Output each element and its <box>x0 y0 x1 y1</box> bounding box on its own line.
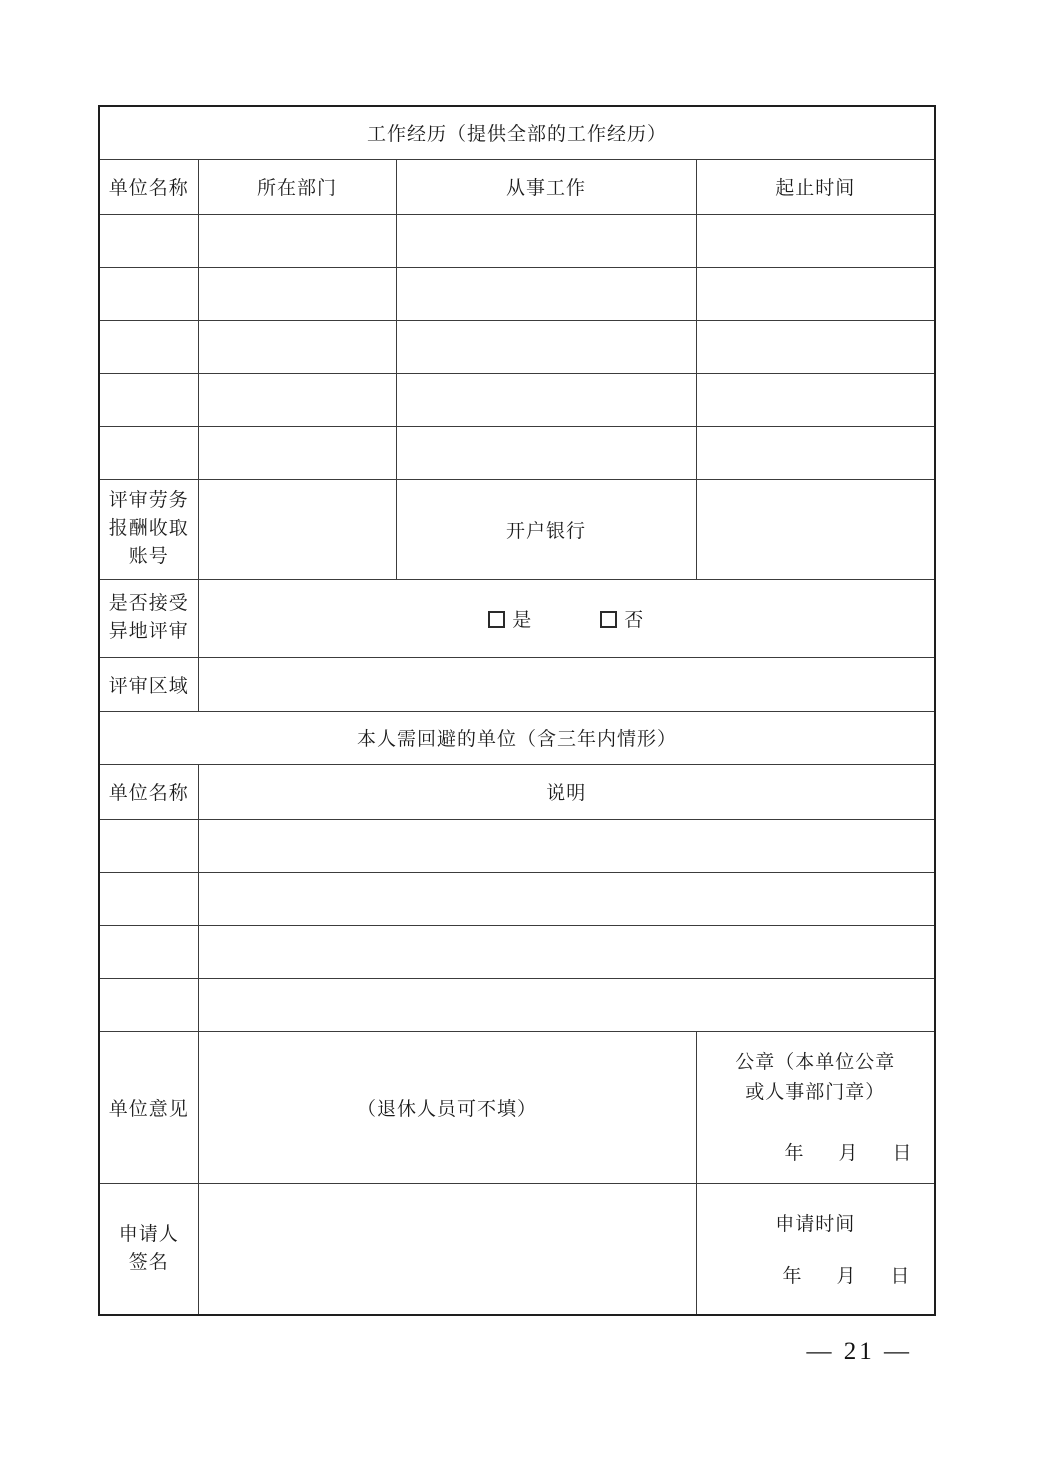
application-date-line: 年 月 日 <box>783 1261 911 1288</box>
work-history-row <box>99 214 935 267</box>
avoidance-desc-header: 说明 <box>198 764 935 819</box>
no-checkbox-icon[interactable] <box>600 611 617 628</box>
review-region-label: 评审区域 <box>99 657 198 711</box>
work-history-empty-cell <box>696 267 935 320</box>
work-history-empty-cell <box>99 214 198 267</box>
unit-opinion-note: （退休人员可不填） <box>198 1031 696 1183</box>
avoidance-row <box>99 978 935 1031</box>
work-history-empty-cell <box>696 214 935 267</box>
seal-date-line: 年 月 日 <box>785 1138 913 1165</box>
avoidance-desc-cell <box>198 978 935 1031</box>
no-option: 否 <box>600 605 644 632</box>
work-history-empty-cell <box>198 426 396 479</box>
work-history-empty-cell <box>198 214 396 267</box>
official-seal-cell: 公章（本单位公章 或人事部门章） 年 月 日 <box>696 1031 935 1183</box>
year-label: 年 <box>783 1261 803 1288</box>
avoidance-unit-header: 单位名称 <box>99 764 198 819</box>
payment-account-label: 评审劳务 报酬收取 账号 <box>99 479 198 579</box>
remote-review-label: 是否接受 异地评审 <box>99 579 198 657</box>
no-label: 否 <box>624 610 644 631</box>
applicant-signature-cell <box>198 1183 696 1315</box>
work-history-empty-cell <box>696 373 935 426</box>
avoidance-unit-cell <box>99 978 198 1031</box>
work-history-row <box>99 267 935 320</box>
application-time-label: 申请时间 <box>701 1213 931 1237</box>
avoidance-desc-cell <box>198 872 935 925</box>
month-label: 月 <box>838 1138 858 1165</box>
bank-label-cell: 开户银行 <box>396 479 696 579</box>
review-region-value-cell <box>198 657 935 711</box>
account-number-cell <box>198 479 396 579</box>
avoidance-row <box>99 819 935 872</box>
work-history-row <box>99 426 935 479</box>
work-history-empty-cell <box>198 320 396 373</box>
avoidance-desc-cell <box>198 925 935 978</box>
col-header-department: 所在部门 <box>198 159 396 214</box>
application-time-cell: 申请时间 年 月 日 <box>696 1183 935 1315</box>
work-history-empty-cell <box>99 426 198 479</box>
avoidance-unit-cell <box>99 872 198 925</box>
day-label: 日 <box>890 1261 910 1288</box>
work-history-empty-cell <box>696 426 935 479</box>
work-history-empty-cell <box>396 426 696 479</box>
col-header-job: 从事工作 <box>396 159 696 214</box>
yes-option: 是 <box>488 605 532 632</box>
col-header-unit-name: 单位名称 <box>99 159 198 214</box>
avoidance-unit-cell <box>99 819 198 872</box>
avoidance-desc-cell <box>198 819 935 872</box>
work-history-row <box>99 373 935 426</box>
yes-label: 是 <box>512 610 532 631</box>
seal-note-line2: 或人事部门章） <box>703 1078 929 1108</box>
work-history-empty-cell <box>99 373 198 426</box>
year-label: 年 <box>785 1138 805 1165</box>
avoidance-unit-cell <box>99 925 198 978</box>
unit-opinion-label: 单位意见 <box>99 1031 198 1183</box>
work-history-empty-cell <box>396 214 696 267</box>
work-history-empty-cell <box>396 320 696 373</box>
col-header-period: 起止时间 <box>696 159 935 214</box>
page-number: — 21 — <box>807 1338 913 1366</box>
avoidance-row <box>99 872 935 925</box>
day-label: 日 <box>892 1138 912 1165</box>
application-form-table: 工作经历（提供全部的工作经历） 单位名称 所在部门 从事工作 起止时间 <box>98 105 936 1316</box>
yes-checkbox-icon[interactable] <box>488 611 505 628</box>
work-history-empty-cell <box>198 373 396 426</box>
work-history-row <box>99 320 935 373</box>
remote-review-options: 是 否 <box>203 605 931 632</box>
work-history-empty-cell <box>396 267 696 320</box>
applicant-signature-label: 申请人 签名 <box>99 1183 198 1315</box>
work-history-empty-cell <box>696 320 935 373</box>
avoidance-title: 本人需回避的单位（含三年内情形） <box>99 711 935 764</box>
work-history-empty-cell <box>99 267 198 320</box>
work-history-empty-cell <box>396 373 696 426</box>
avoidance-row <box>99 925 935 978</box>
remote-review-options-cell: 是 否 <box>198 579 935 657</box>
bank-name-cell <box>696 479 935 579</box>
work-history-title: 工作经历（提供全部的工作经历） <box>99 106 935 159</box>
month-label: 月 <box>836 1261 856 1288</box>
work-history-empty-cell <box>99 320 198 373</box>
work-history-empty-cell <box>198 267 396 320</box>
seal-note-line1: 公章（本单位公章 <box>703 1048 929 1078</box>
